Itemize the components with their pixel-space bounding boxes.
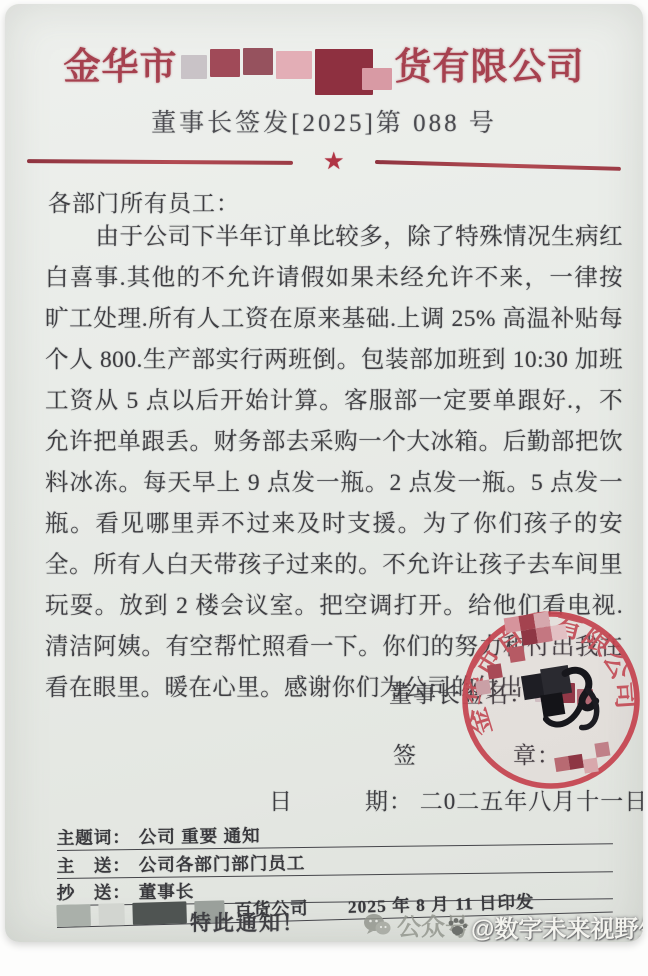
- redaction-mosaic: [276, 51, 312, 79]
- company-title-suffix: 货有限公司: [395, 36, 585, 90]
- notice-paper: 金华市 货有限公司 董事长签发[2025]第 088 号 ★ 各部门所有员工： …: [5, 4, 643, 942]
- salutation: 各部门所有员工：: [48, 185, 240, 218]
- company-seal-stamp: 金华市百货有限公司: [455, 604, 643, 796]
- header-divider: ★: [5, 149, 643, 175]
- issue-number-line: 董事长签发[2025]第 088 号: [5, 103, 643, 139]
- document-photo: 金华市 货有限公司 董事长签发[2025]第 088 号 ★ 各部门所有员工： …: [0, 0, 648, 976]
- hereby-notice: 特此通知！: [190, 907, 305, 937]
- redaction-mosaic: [98, 903, 125, 926]
- wechat-icon: [363, 913, 391, 937]
- company-title-prefix: 金华市: [64, 36, 178, 90]
- subject-value: 公司 重要 通知: [139, 823, 261, 849]
- redaction-mosaic: [210, 49, 240, 77]
- to-value: 公司各部门部门员工: [139, 850, 306, 877]
- subject-label: 主题词：: [57, 824, 131, 850]
- date-label: 日 期：: [269, 789, 413, 814]
- channel-watermark: @数字未来视野生态圈: [445, 909, 643, 942]
- redaction-mosaic: [243, 48, 273, 75]
- divider-line-left: [27, 159, 293, 164]
- to-label: 主 送：: [57, 852, 131, 878]
- redaction-mosaic: [362, 68, 392, 90]
- company-title: 金华市 货有限公司: [5, 36, 643, 90]
- channel-watermark-text: @数字未来视野生态圈: [471, 909, 643, 942]
- paw-icon: [445, 915, 469, 939]
- redaction-mosaic: [132, 901, 187, 924]
- star-icon: ★: [323, 150, 345, 174]
- redaction-mosaic: [56, 904, 91, 927]
- redaction-mosaic: [181, 55, 207, 79]
- divider-line-right: [375, 160, 621, 170]
